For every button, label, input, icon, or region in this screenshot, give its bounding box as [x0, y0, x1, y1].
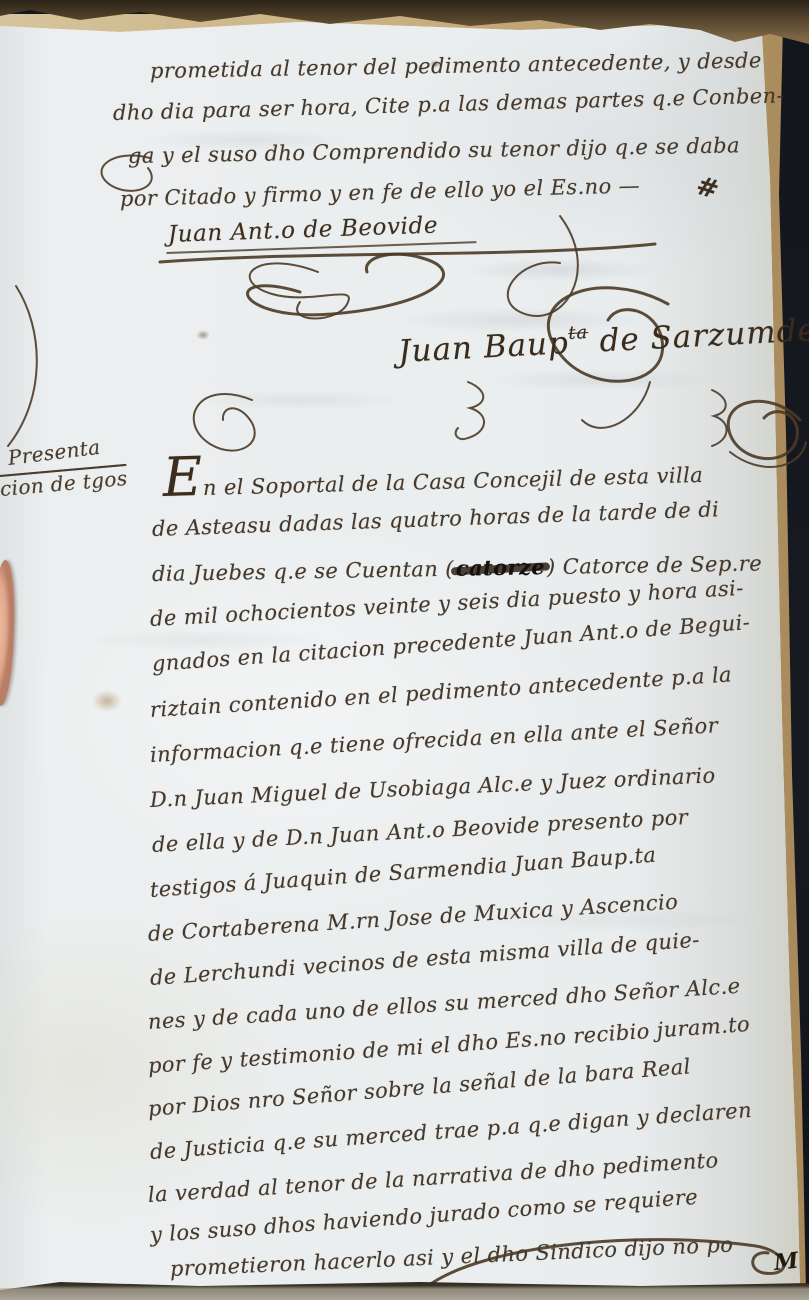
act-line-text: dia Juebes q.e se Cuentan (	[152, 557, 454, 586]
catchword: M	[773, 1247, 800, 1275]
witness-signature-superscript: ta	[568, 322, 589, 344]
struck-word: catorze	[454, 554, 548, 581]
catchword-text: M	[773, 1247, 800, 1275]
manuscript-scan: prometida al tenor del pedimento anteced…	[0, 0, 809, 1300]
